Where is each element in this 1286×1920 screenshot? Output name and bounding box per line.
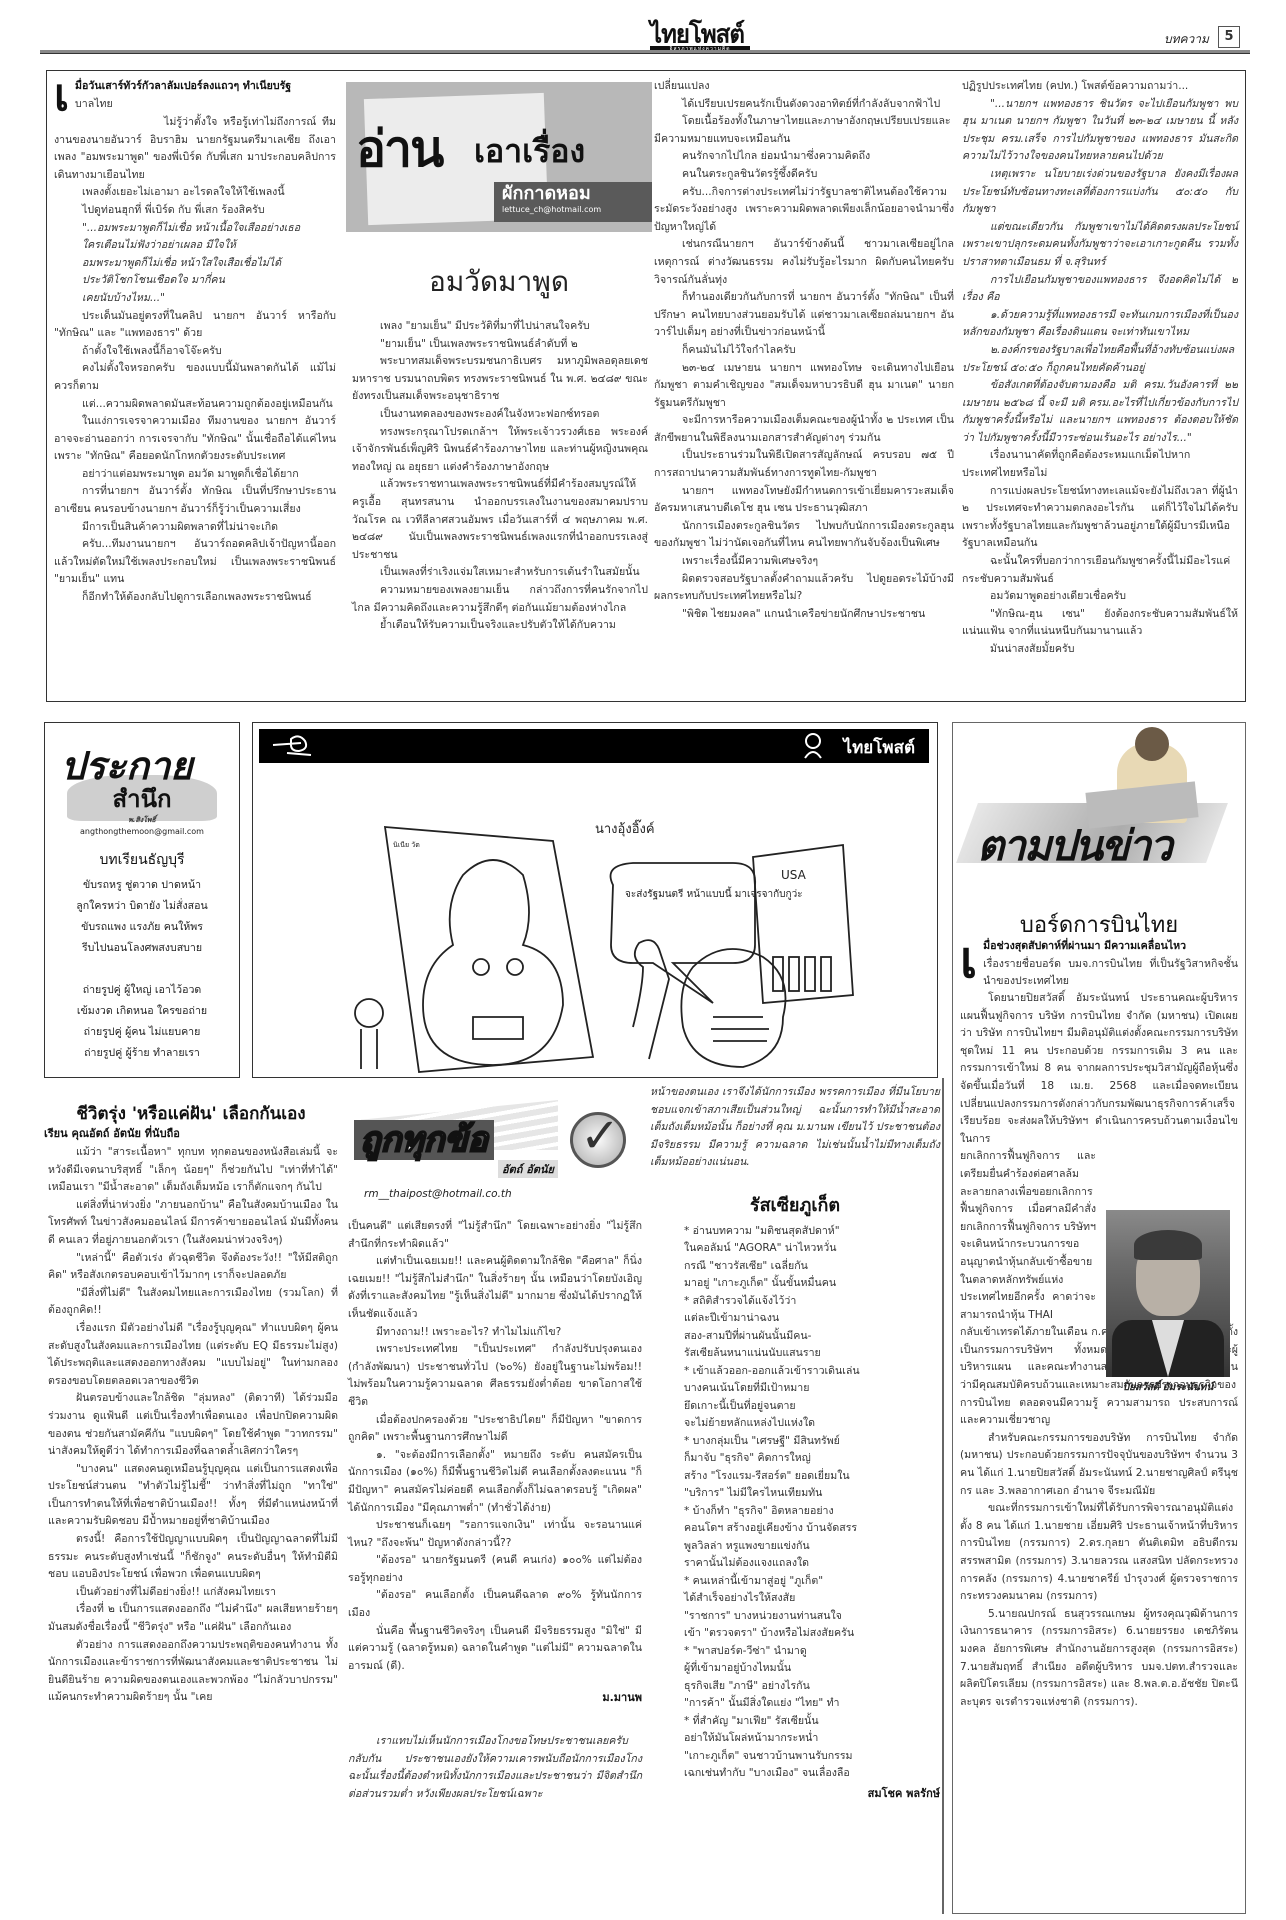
poem-lines: * อ่านบทความ "มติชนสุดสัปดาห์" ในคอลัมน์…: [650, 1223, 940, 1783]
poem-author: พ.สิงโพธิ์: [55, 815, 229, 826]
column-divider: [942, 1078, 944, 1914]
logo-sub: สำนึก: [55, 779, 229, 818]
poem-line: จะไม่ย้ายหลักแหล่งไปแห่งใด: [684, 1415, 940, 1433]
poem-line: สร้าง "โรงแรม-รีสอร์ต" ยอดเยี่ยมใน: [684, 1468, 940, 1486]
poem-line: ยึดเกาะนี้เป็นที่อยู่จนตาย: [684, 1398, 940, 1416]
column-author: อัตถ์ อัตนัย: [498, 1160, 558, 1178]
poem-title: บทเรียนธัญบุรี: [45, 849, 239, 871]
poem-line: * บ้างก็ทำ "ธุรกิจ" อิตหลายอย่าง: [684, 1503, 940, 1521]
logo-word: ถูกทุกข้อ: [354, 1120, 494, 1160]
paragraph: โดยเนื้อร้องทั้งในภาษาไทยและภาษาอังกฤษเป…: [654, 113, 954, 148]
paragraph: "พิชิต ไชยมงคล" แกนนำเครือข่ายนักศึกษาปร…: [654, 606, 954, 624]
poem-line: สอง-สามปีที่ผ่านผันนั้นมีคน-: [684, 1328, 940, 1346]
paragraph: แม้ว่า "สาระเนื้อหา" ทุกบท ทุกตอนของหนัง…: [48, 1144, 338, 1197]
poem-line: "การค้า" นั้นมีสิ่งใดแย่ง "ไทย" ทำ: [684, 1695, 940, 1713]
paragraph: มีการเป็นสินค้าความผิดพลาดที่ไม่น่าจะเกิ…: [54, 519, 336, 537]
paragraph: การที่นายกฯ อันวาร์ตั้ง ทักษิณ เป็นที่ปร…: [54, 483, 336, 518]
poem-line: เข้มงวด เกิดหนอ ใครขอถ่าย: [45, 1001, 239, 1022]
cartoon-caption: นางอุ้งอิ๊งค์: [595, 819, 655, 837]
paragraph: ครับ...กิจการต่างประเทศไม่ว่ารัฐบาลชาติไ…: [654, 184, 954, 237]
cartoon-drawing: นางอุ้งอิ๊งค์ จะส่งรัฐมนตรี หน้าแบบนี้ ม…: [253, 767, 937, 1075]
poem-line: * ที่สำคัญ "มาเฟีย" รัสเซียนั้น: [684, 1713, 940, 1731]
poem-line: ขับรถหรู ชู่ตวาด ปาดหน้า: [45, 875, 239, 896]
paragraph: พระบาทสมเด็จพระบรมชนกาธิเบศร มหาภูมิพลอด…: [352, 353, 648, 406]
paragraph: เปลี่ยนแปลง: [654, 78, 954, 96]
cartoon-brand: ไทยโพสต์: [844, 734, 915, 761]
paragraph: ตรงนี้! คือการใช้ปัญญาแบบผิดๆ เป็นปัญญาฉ…: [48, 1531, 338, 1584]
quote-paragraph: ข้อสังเกตที่ต้องจับตามองคือ มติ ครม.วันอ…: [962, 377, 1238, 447]
paragraph: แต่...ความผิดพลาดมันสะท้อนความถูกต้องอยู…: [54, 396, 336, 414]
paragraph: ฝันตรอบข้างและใกล้ชิด "ลุ่มหลง" (ติดวาที…: [48, 1390, 338, 1460]
tick-column-logo: ถูกทุกข้อ อัตถ์ อัตนัย ✓: [348, 1100, 642, 1184]
poem-line: ธุรกิจเสีย "ภาษี" อย่างไรกัน: [684, 1678, 940, 1696]
paragraph: ก็อีกทำให้ต้องกลับไปดูการเลือกเพลงพระราช…: [54, 589, 336, 607]
poem-line: ขับรถแพง แรงภัย คนให้พร: [45, 917, 239, 938]
paragraph: "บางคน" แสดงคนดูเหมือนรู้บุญคุณ แต่เป็นก…: [48, 1461, 338, 1531]
logo-word: ตามปนข่าว: [977, 813, 1171, 879]
poem-line: คอนโดฯ สร้างอยู่เคียงข้าง บ้านจัดสรร: [684, 1520, 940, 1538]
paragraph: ตัวอย่าง การแสดงออกถึงความประพฤติของคนทำ…: [48, 1637, 338, 1707]
wrap-paragraph: ยกเลิกการฟื้นฟูกิจการ และเตรียมยื่นคำร้อ…: [960, 1148, 1096, 1324]
banner-title-big: อ่าน: [356, 110, 442, 189]
paragraph: "ยามเย็น" เป็นเพลงพระราชนิพนธ์ลำดับที่ ๒: [352, 336, 648, 354]
lead-cont: บาลไทย: [54, 96, 336, 114]
paragraph: เมื่อต้องปกครองด้วย "ประชาธิปไตย" ก็มีปั…: [348, 1412, 642, 1447]
poem-line: "เกาะภูเก็ต" จนชาวบ้านพานรับกรรม: [684, 1748, 940, 1766]
lead-line: มื่อวันเสาร์ทัวร์กัวลาลัมเปอร์ลงแถวๆ ทำเ…: [54, 78, 336, 96]
poem-line: เข้า "ตรวจตรา" บ้างหรือไม่สงสัยครัน: [684, 1625, 940, 1643]
poem-line: เฉกเช่นทำกับ "บางเมือง" จนเลื่องลือ: [684, 1765, 940, 1783]
quote-paragraph: แต่ขณะเดียวกัน กัมพูชาเขาไม่ได้คิดตรงผลป…: [962, 219, 1238, 272]
signature: ม.มานพ: [348, 1689, 642, 1707]
paragraph: "เหล่านี้" คือตัวเร่ง ตัวฉุดชีวิต จึงต้อ…: [48, 1250, 338, 1285]
paragraph: เป็นงานทดลองของพระองค์ในจังหวะฟอกซ์ทรอต: [352, 406, 648, 424]
paragraph: นั่นคือ พื้นฐานชีวิตจริงๆ เป็นคนดี มีจริ…: [348, 1623, 642, 1676]
cartoon-speech: จะส่งรัฐมนตรี หน้าแบบนี้ มาเจรจากับกูว่ะ: [625, 886, 803, 900]
column-banner-read-seriously: อ่าน เอาเรื่อง ผักกาดหอม lettuce_ch@hotm…: [346, 82, 652, 232]
quote-paragraph: การไปเยือนกัมพูชาของแพทองธาร จึงอดคิดไม่…: [962, 272, 1238, 307]
photo-hair: [1134, 1230, 1202, 1260]
poem-line: มาอยู่ "เกาะภูเก็ต" นั้นขั้นหมื่นคน: [684, 1275, 940, 1293]
paragraph: ไม่รู้ว่าตั้งใจ หรือรู้เท่าไม่ถึงการณ์ ท…: [54, 114, 336, 184]
paragraph: "ต้องรอ" คนเลือกตั้ง เป็นคนดีฉลาด ๙๐% รู…: [348, 1587, 642, 1622]
lyric-line: เคยนับบ้างไหม...": [82, 290, 336, 308]
russia-phuket-column: หน้าของตนเอง เราจึงได้นักการเมือง พรรคกา…: [650, 1084, 940, 1803]
paragraph: อย่าว่าแต่อมพระมาพูด อมวัด มาพูดก็เชื่อไ…: [54, 466, 336, 484]
article-headline: อมวัดมาพูด: [346, 260, 652, 304]
reader-headline: บอร์ดการบินไทย: [953, 907, 1245, 942]
paragraph: เป็นเพลงที่ร่าเริงแจ่มใสเหมาะสำหรับการเต…: [352, 564, 648, 582]
paragraph: คนในตระกูลชินวัตรรู้ซึ้งดีครับ: [654, 166, 954, 184]
intro-paragraph: หน้าของตนเอง เราจึงได้นักการเมือง พรรคกา…: [650, 1084, 940, 1172]
portrait-photo: [1106, 1210, 1230, 1377]
paragraph: ครับ...ทีมงานนายกฯ อันวาร์ถอดคลิปเจ้าปัญ…: [54, 536, 336, 589]
paragraph: เพลงตั้งเยอะไม่เอามา อะไรดลใจให้ใช้เพลงน…: [54, 184, 336, 202]
poster-label: นิเนีย วัต: [393, 841, 420, 849]
paragraph: "ทักษิณ-ฮุน เซน" ยังต้องกระชับความสัมพัน…: [962, 606, 1238, 641]
banner-title-small: เอาเรื่อง: [474, 126, 585, 177]
lyrics: "...อมพระมาพูดก็ไม่เชื่อ หน้าเนื้อใจเสือ…: [54, 220, 336, 308]
paragraph: ผิดตรวจสอบรัฐบาลตั้งคำถามแล้วครับ ไปดูยอ…: [654, 571, 954, 606]
lyric-line: อมพระมาพูดก็ไม่เชื่อ หน้าใสใจเสือเชื่อไม…: [82, 255, 336, 273]
paragraph: แล้วพระราชทานเพลงพระราชนิพนธ์ที่มีคำร้อง…: [352, 476, 648, 564]
author-name: ผักกาดหอม: [502, 184, 644, 204]
poem-line: รีบไปนอนโลงศพสงบสบาย: [45, 938, 239, 959]
paragraph: ทรงพระกรุณาโปรดเกล้าฯ ให้พระเจ้าวรวงศ์เธ…: [352, 424, 648, 477]
paragraph: ย้ำเตือนให้รับความเป็นจริงและปรับตัวให้ไ…: [352, 617, 648, 635]
editorial-cartoon: ไทยโพสต์ นางอุ้งอิ๊งค์ จะส่งรัฐมนตรี หน้…: [252, 722, 938, 1078]
paragraph: ก็คนมันไม่ไว้ใจกำไลครับ: [654, 342, 954, 360]
poem-line: ผู้ที่เข้ามาอยู่บ้างไหมนั้น: [684, 1660, 940, 1678]
author-tag: ผักกาดหอม lettuce_ch@hotmail.com: [494, 182, 652, 222]
paragraph: ประเด็นมันอยู่ตรงที่ในคลิป นายกฯ อันวาร์…: [54, 308, 336, 343]
paragraph: เพราะประเทศไทย "เป็นประเทศ" กำลังปรับปรุ…: [348, 1341, 642, 1411]
paragraph: 5.นายณปกรณ์ ธนสุวรรณเกษม ผู้ทรงคุณวุฒิด้…: [960, 1606, 1238, 1712]
paragraph: ประชาชนก็เฉยๆ "รอการแจกเงิน" เท่านั้น จะ…: [348, 1517, 642, 1552]
paragraph: มันน่าสงสัยมั้ยครับ: [962, 641, 1238, 659]
poem-line: พูลวิลล่า หรูแพงขายแข่งกัน: [684, 1538, 940, 1556]
reader-head: [1135, 727, 1169, 761]
poem-title: รัสเซียภูเก็ต: [650, 1190, 940, 1219]
poem-line: แต่ละปีเข้ามาน่าฉงน: [684, 1310, 940, 1328]
poem-line: บางคนเน้นโดยที่มีเป้าหมาย: [684, 1380, 940, 1398]
column-4: ปฏิรูปประเทศไทย (คปท.) โพสต์ข้อความถามว่…: [962, 78, 1238, 659]
paragraph: "ต้องรอ" นายกรัฐมนตรี (คนดี คนเก่ง) ๑๐๐%…: [348, 1552, 642, 1587]
paragraph: โดยนายปิยสวัสดิ์ อัมระนันทน์ ประธานคณะผู…: [960, 990, 1238, 1148]
poem-stanzas: ขับรถหรู ชู่ตวาด ปาดหน้า ลูกใครหว่า บิดา…: [45, 875, 239, 1064]
poem-line: ก็มาจับ "ธุรกิจ" คิดการใหญ่: [684, 1450, 940, 1468]
paragraph: ก็ทำนองเดียวกันกับการที่ นายกฯ อันวาร์ตั…: [654, 289, 954, 342]
quote-paragraph: ๒.องค์กรของรัฐบาลเพื่อไทยคือพื้นที่อ้างท…: [962, 342, 1238, 377]
paragraph: ได้เปรียบเปรยคนรักเป็นดังดวงอาทิตย์ที่กำ…: [654, 96, 954, 114]
paragraph: ความหมายของเพลงยามเย็น กล่าวถึงการที่คนร…: [352, 582, 648, 617]
paragraph: ๒๓-๒๔ เมษายน นายกฯ แพทองโทษ จะเดินทางไปเ…: [654, 360, 954, 413]
poem-line: ลูกใครหว่า บิดายัง ไม่สั่งสอน: [45, 896, 239, 917]
author-email: lettuce_ch@hotmail.com: [502, 204, 644, 216]
quote-paragraph: "...นายกฯ แพทองธาร ชินวัตร จะไปเยือนกัมพ…: [962, 96, 1238, 166]
paragraph: แต่ทำเป็นเฉยเมย!! และคนผู้ติดตามใกล้ชิด …: [348, 1253, 642, 1323]
lyric-line: ประวัติโชกโชนเชือดใจ มากี่คน: [82, 272, 336, 290]
paragraph: ขณะที่กรรมการเข้าใหม่ที่ได้รับการพิจารณา…: [960, 1500, 1238, 1606]
paragraph: เป็นคนดี" แต่เสียตรงที่ "ไม่รู้สำนึก" โด…: [348, 1218, 642, 1253]
paragraph: ปฏิรูปประเทศไทย (คปท.) โพสต์ข้อความถามว่…: [962, 78, 1238, 96]
checkmark-icon: ✓: [580, 1108, 620, 1164]
poem-line: * "พาสปอร์ต-วีซ่า" นำมาดู: [684, 1643, 940, 1661]
poem-line: * คนเหล่านี้เข้ามาสู่อยู่ "ภูเก็ต": [684, 1573, 940, 1591]
poem-line: "บริการ" ไม่มีใครไหนเทียมทัน: [684, 1485, 940, 1503]
paragraph: จะมีการหารือความเมืองเต็มคณะของผู้นำทั้ง…: [654, 412, 954, 447]
paragraph: เพลง "ยามเย็น" มีประวัติที่มาที่ไปน่าสนใ…: [352, 318, 648, 336]
lead-cont: เรื่องรายชื่อบอร์ด บมจ.การบินไทย ที่เป็น…: [960, 956, 1238, 991]
paragraph: เพราะเรื่องนี้มีความพิเศษจริงๆ: [654, 553, 954, 571]
poem-line: ในคอลัมน์ "AGORA" น่าไหวหวั่น: [684, 1240, 940, 1258]
poem-line: อย่าให้มันโผล่หน้ามากระหน่ำ: [684, 1730, 940, 1748]
paragraph: เรื่องที่ ๒ เป็นการแสดงออกถึง "ไม่คำนึง"…: [48, 1601, 338, 1636]
poem-line: ถ่ายรูปคู่ ผู้คน ไม่แยบคาย: [45, 1022, 239, 1043]
quote-paragraph: ๑.ด้วยความรู้ที่แพทองธารมี จะทันเกมการเม…: [962, 307, 1238, 342]
reader-column-logo: ตามปนข่าว: [967, 763, 1227, 883]
paragraph: เป็นประธานร่วมในพิธีเปิดสารสัญลักษณ์ ครบ…: [654, 447, 954, 482]
paragraph: ไปดูท่อนฮุกที่ พี่เบิร์ด กับ พี่เสก ร้อง…: [54, 202, 336, 220]
poem-box: ประกาย สำนึก พ.สิงโพธิ์ angthongthemoon@…: [44, 722, 240, 1078]
poem-line: ถ่ายรูปคู่ ผู้ร้าย ทำลายเรา: [45, 1043, 239, 1064]
paragraph: อมวัดมาพูดอย่างเดียวเชื่อครับ: [962, 588, 1238, 606]
quote-paragraph: เหตุเพราะ นโยบายเร่งด่วนของรัฐบาล ยังคงม…: [962, 166, 1238, 219]
poem-email: angthongthemoon@gmail.com: [45, 827, 239, 836]
lyric-line: "...อมพระมาพูดก็ไม่เชื่อ หน้าเนื้อใจเสือ…: [82, 220, 336, 238]
dropcap: เ: [960, 938, 977, 982]
cartoon-header-bar: ไทยโพสต์: [259, 729, 929, 763]
poem-line: * สถิติสำรวจได้แจ้งไว้ว่า: [684, 1293, 940, 1311]
header-rule: [40, 50, 1250, 54]
paragraph: ๑. "จะต้องมีการเลือกตั้ง" หมายถึง ระดับ …: [348, 1447, 642, 1517]
lyric-line: ใครเตือนไม่ฟังว่าอย่าเผลอ มีใจให้: [82, 237, 336, 255]
paragraph: เรื่องแรก มีตัวอย่างไม่ดี "เรื่องรู้บุญค…: [48, 1320, 338, 1390]
signature: สมโชค พลรักษ์: [650, 1785, 940, 1803]
paragraph: ถ้าตั้งใจใช้เพลงนี้ก็อาจโจ๊ะครับ: [54, 343, 336, 361]
masthead-logo: ไทยโพสต์ อิสรภาพแห่งความคิด: [650, 22, 750, 53]
letter-salutation: เรียน คุณอัตถ์ อัตนัย ที่นับถือ: [44, 1124, 180, 1142]
poem-column-logo: ประกาย สำนึก พ.สิงโพธิ์: [55, 735, 229, 833]
cartoonist-mascot-icon: [271, 733, 321, 759]
paragraph: เรื่องนานาคัดที่ถูกคือต้องระหมแกเม็ดไปหา…: [962, 447, 1238, 482]
poem-line: รัสเซียล้นหนาแน่นนับแสนราย: [684, 1345, 940, 1363]
column-email: rm__thaipost@hotmail.co.th: [364, 1188, 512, 1200]
paragraph: "มีสิ่งที่ไม่ดี" ในสังคมไทยและการเมืองไท…: [48, 1285, 338, 1320]
poem-line: กรณี "ชาวรัสเซีย" เฉลี่ยกัน: [684, 1258, 940, 1276]
lead-line: มื่อช่วงสุดสัปดาห์ที่ผ่านมา มีความเคลื่อ…: [960, 938, 1238, 956]
paragraph: สำหรับคณะกรรมการของบริษัท การบินไทย จำกั…: [960, 1430, 1238, 1500]
column-2: เพลง "ยามเย็น" มีประวัติที่มาที่ไปน่าสนใ…: [352, 318, 648, 635]
paragraph: เช่นกรณีนายกฯ อันวาร์ข้างต้นนี้ ชาวมาเลเ…: [654, 236, 954, 289]
page-number: 5: [1218, 26, 1240, 48]
paragraph: การแบ่งผลประโยชน์ทางทะเลแม้จะยังไม่ถึงเว…: [962, 483, 1238, 553]
paragraph: นายกฯ แพทองโทษยังมีกำหนดการเข้าเยี่ยมคาร…: [654, 483, 954, 518]
paragraph: นักการเมืองตระกูลชินวัตร ไปพบกับนักการเม…: [654, 518, 954, 553]
paragraph: ฉะนั้นใครที่บอกว่าการเยือนกัมพูชาครั้งนี…: [962, 553, 1238, 588]
section-label: บทความ: [1164, 30, 1209, 49]
poem-line: ถ่ายรูปคู่ ผู้ใหญ่ เอาไว้อวด: [45, 980, 239, 1001]
poem-line: * บางกลุ่มเป็น "เศรษฐี" มีสินทรัพย์: [684, 1433, 940, 1451]
poem-line: * อ่านบทความ "มติชนสุดสัปดาห์": [684, 1223, 940, 1241]
tick-column-body: เป็นคนดี" แต่เสียตรงที่ "ไม่รู้สำนึก" โด…: [348, 1218, 642, 1803]
poem-line: "ราชการ" บางหน่วยงานท่านสนใจ: [684, 1608, 940, 1626]
poem-line: * เข้าแล้วออก-ออกแล้วเข้าราวเดินเล่น: [684, 1363, 940, 1381]
letter-headline: ชีวิตรุ่ง 'หรือแค่ฝัน' เลือกกันเอง: [44, 1100, 338, 1127]
paragraph: เป็นตัวอย่างที่ไม่ดีอย่างยิ่ง!! แก่สังคม…: [48, 1584, 338, 1602]
closing-paragraph: เราแทบไม่เห็นนักการเมืองโกงขอโทษประชาชนเ…: [348, 1733, 642, 1803]
column-1: เ มื่อวันเสาร์ทัวร์กัวลาลัมเปอร์ลงแถวๆ ท…: [54, 78, 336, 607]
mascot-icon: [801, 732, 825, 760]
paragraph: มีทางถาม!! เพราะอะไร? ทำไมไม่แก้ไข?: [348, 1324, 642, 1342]
photo-caption: ปิยสวัสดิ์ อัมระนันทน์: [1106, 1380, 1230, 1395]
paragraph: แต่สิ่งที่น่าห่วงยิ่ง "ภายนอกบ้าน" คือใน…: [48, 1197, 338, 1250]
masthead-title: ไทยโพสต์: [650, 21, 750, 46]
poem-line: ได้สำเร็จอย่างไรให้สงสัย: [684, 1590, 940, 1608]
dropcap: เ: [54, 78, 69, 114]
paragraph: คนรักจากไปไกล ย่อมนำมาซึ่งความคิดถึง: [654, 148, 954, 166]
poem-line: ราคานั้นไม่ต้องแจงแถลงใด: [684, 1555, 940, 1573]
paragraph: ในแง่การเจรจาความเมือง ทีมงานของ นายกฯ อ…: [54, 413, 336, 466]
paragraph: คงไม่ตั้งใจหรอกครับ ของแบบนี้มันพลาดกันไ…: [54, 360, 336, 395]
flag-label: USA: [781, 868, 807, 882]
letter-body: แม้ว่า "สาระเนื้อหา" ทุกบท ทุกตอนของหนัง…: [48, 1144, 338, 1707]
column-3: เปลี่ยนแปลง ได้เปรียบเปรยคนรักเป็นดังดวง…: [654, 78, 954, 623]
